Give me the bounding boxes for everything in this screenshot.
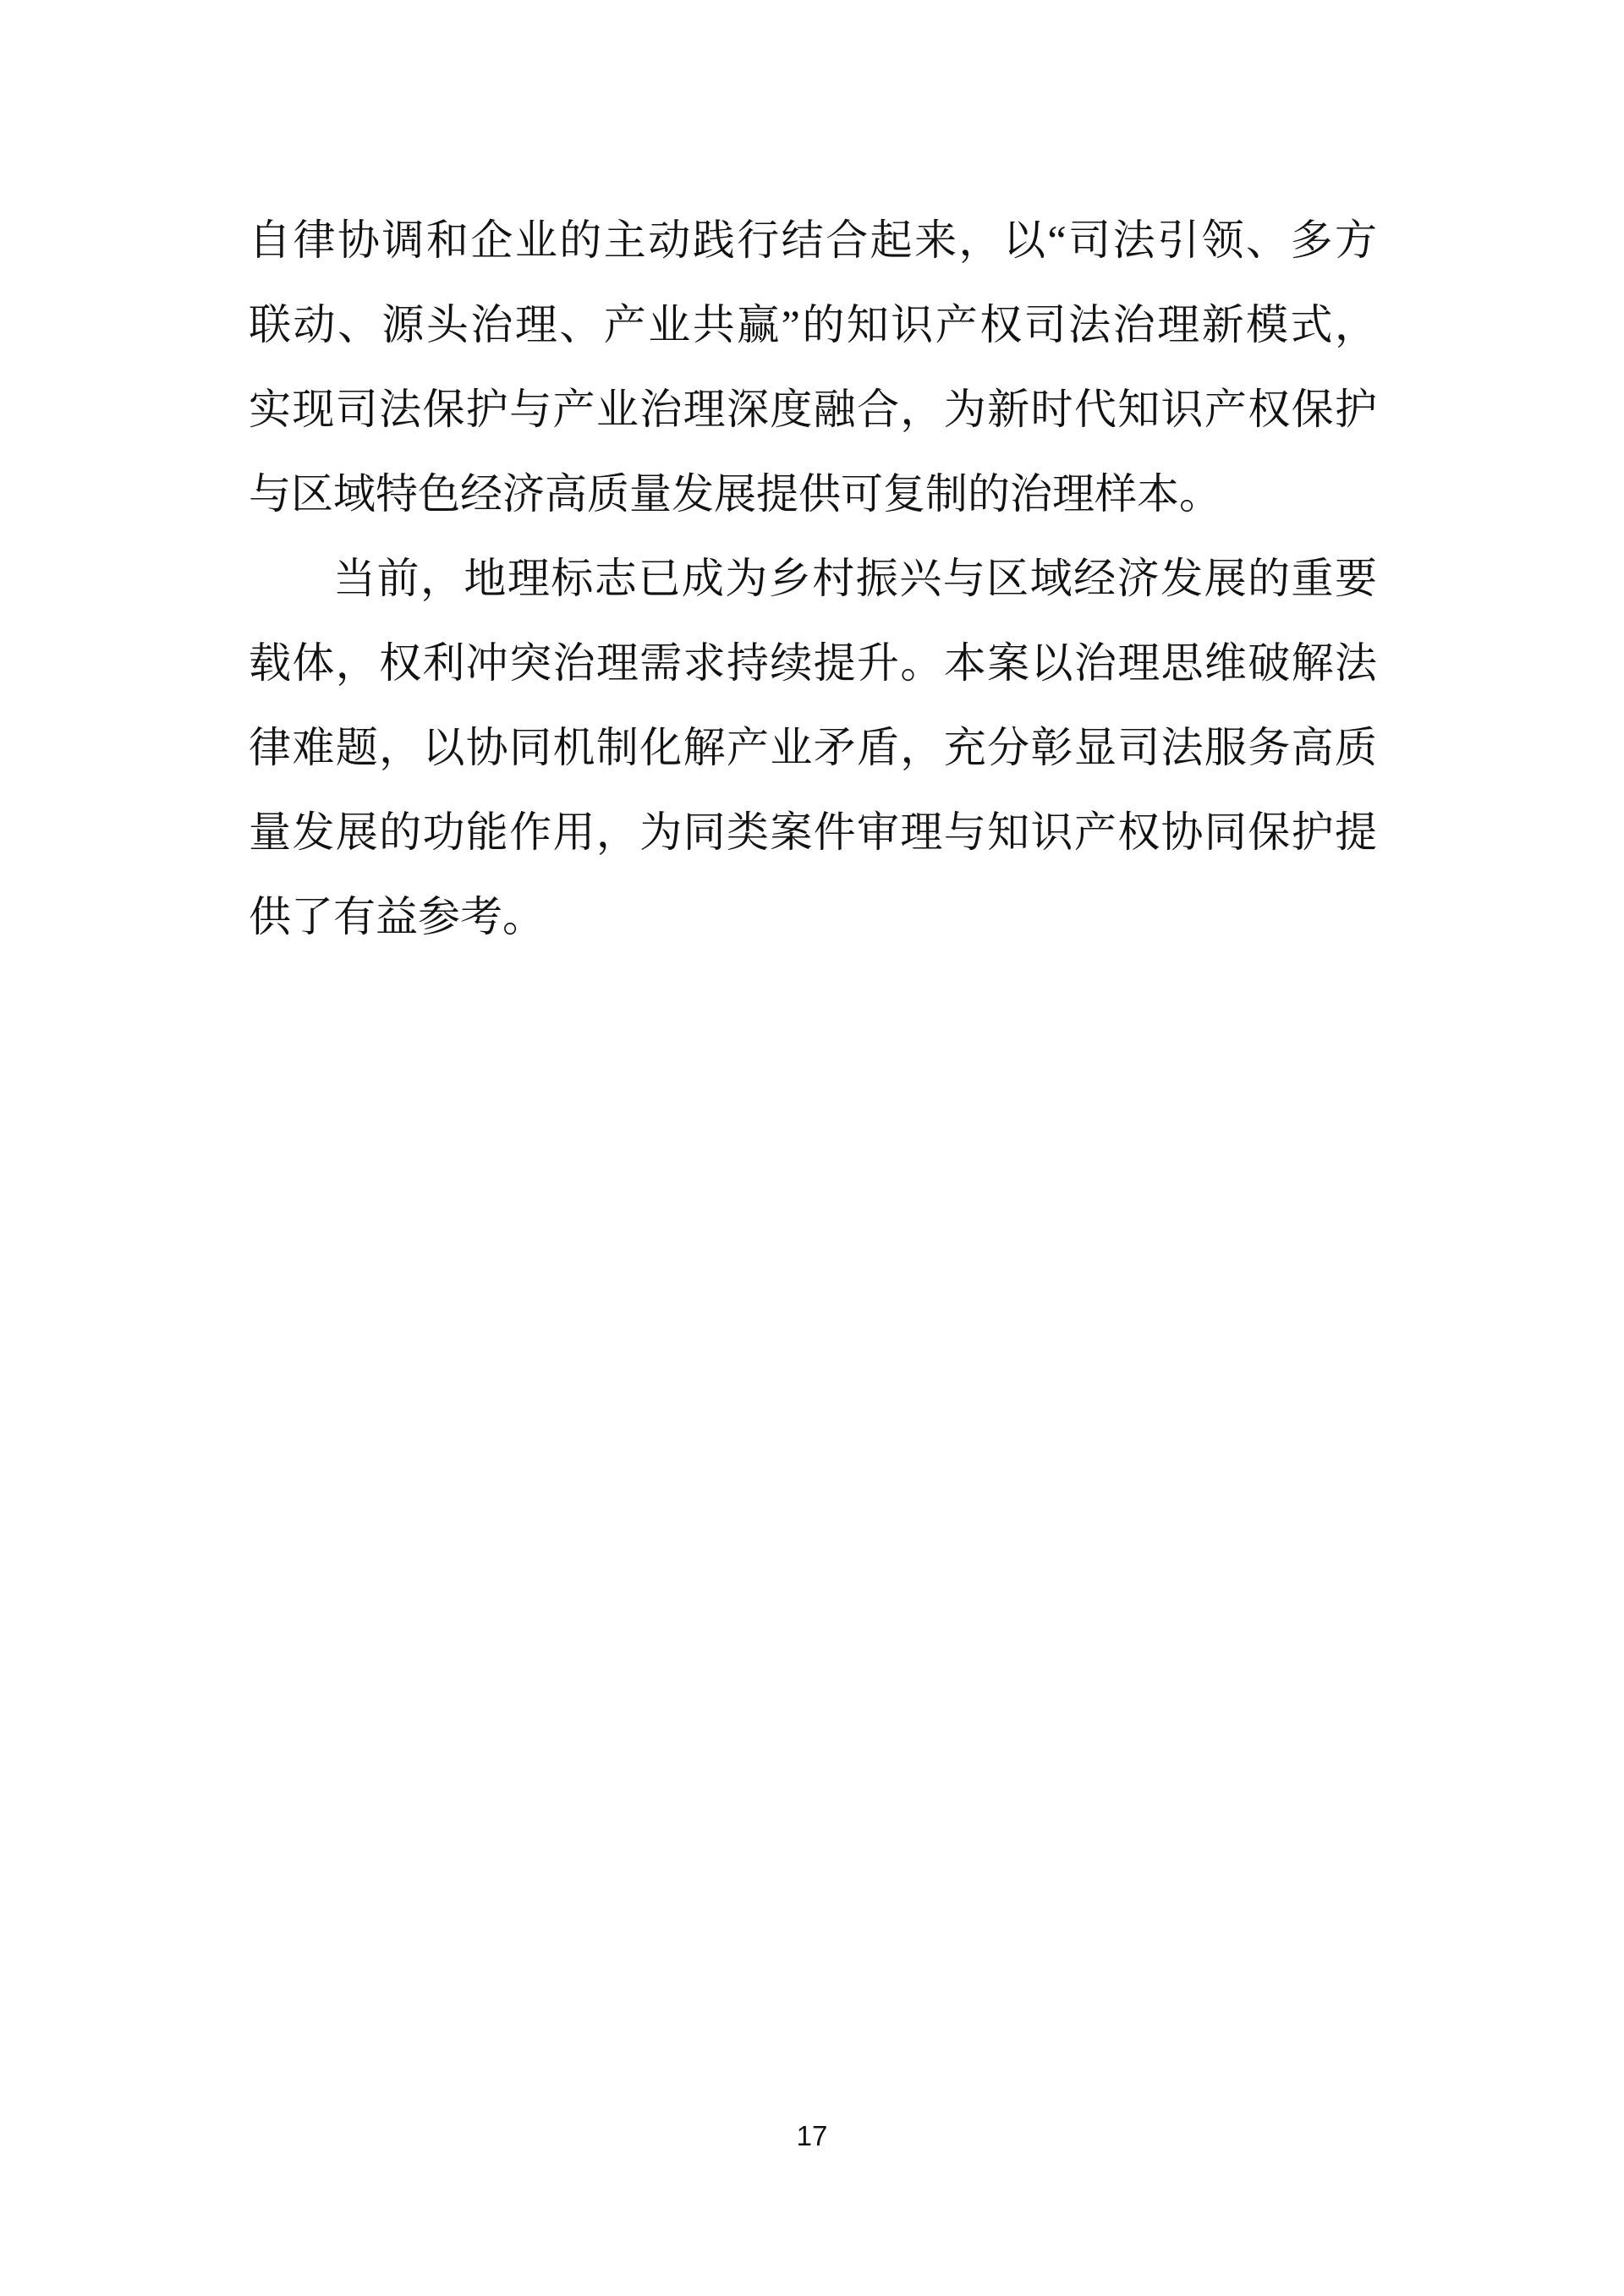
paragraph-1-line-4: 与区域特色经济高质量发展提供可复制的治理样本。 bbox=[249, 452, 1377, 536]
paragraph-2-line-2: 载体，权利冲突治理需求持续提升。本案以治理思维破解法 bbox=[249, 621, 1377, 705]
document-page: 自律协调和企业的主动践行结合起来，以“司法引领、多方 联动、源头治理、产业共赢”… bbox=[0, 0, 1624, 2296]
paragraph-1-line-3: 实现司法保护与产业治理深度融合，为新时代知识产权保护 bbox=[249, 367, 1377, 452]
paragraph-2-line-5: 供了有益参考。 bbox=[249, 874, 1377, 959]
text-block: 自律协调和企业的主动践行结合起来，以“司法引领、多方 联动、源头治理、产业共赢”… bbox=[249, 198, 1377, 959]
paragraph-2-line-3: 律难题，以协同机制化解产业矛盾，充分彰显司法服务高质 bbox=[249, 705, 1377, 790]
paragraph-1-line-2: 联动、源头治理、产业共赢”的知识产权司法治理新模式， bbox=[249, 282, 1377, 367]
page-number: 17 bbox=[0, 2121, 1624, 2151]
paragraph-2-line-4: 量发展的功能作用，为同类案件审理与知识产权协同保护提 bbox=[249, 790, 1377, 874]
paragraph-2-line-1: 当前，地理标志已成为乡村振兴与区域经济发展的重要 bbox=[249, 536, 1377, 621]
paragraph-1-line-1: 自律协调和企业的主动践行结合起来，以“司法引领、多方 bbox=[249, 198, 1377, 282]
